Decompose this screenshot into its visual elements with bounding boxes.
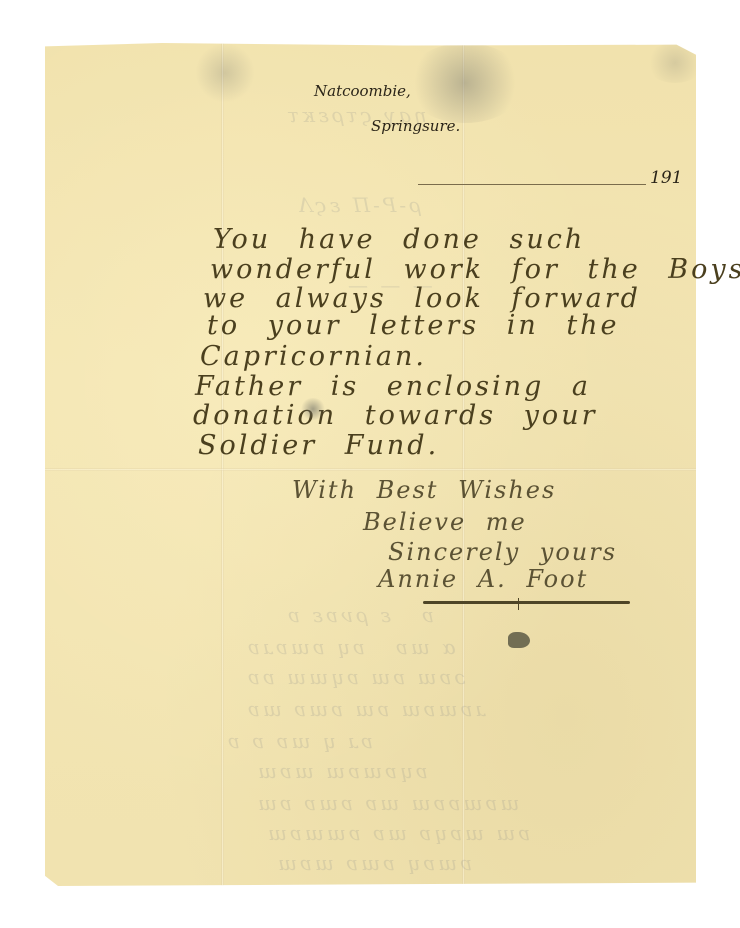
body-line-3: we always look forward bbox=[203, 285, 641, 312]
body-line-1: You have done such bbox=[213, 226, 585, 253]
body-line-2: wonderful work for the Boys, bbox=[210, 256, 740, 283]
bleed-through-text: ɐɹ ɥ ɯɐ ɐ ɐ bbox=[225, 729, 373, 753]
body-line-4: to your letters in the bbox=[207, 312, 620, 339]
signature-underline-tick bbox=[518, 598, 519, 610]
water-stain bbox=[195, 43, 255, 103]
vertical-fold-crease bbox=[221, 43, 224, 886]
water-stain bbox=[645, 43, 705, 83]
bleed-through-text: ɐ ε ρνɐε ɐ bbox=[285, 603, 434, 627]
signature-underline bbox=[423, 601, 630, 604]
letterhead-town: Springsure. bbox=[371, 117, 460, 135]
signature: Annie A. Foot bbox=[378, 567, 588, 591]
body-line-7: donation towards your bbox=[193, 402, 598, 429]
closing-line-2: Believe me bbox=[363, 510, 527, 534]
letterhead-place-name: Natcoombie, bbox=[314, 82, 411, 100]
letter-paper: ηgγ ςτρεκτ ρ-Ρ-Π εςΛ — — — ɐ ε ρνɐε ɐ ɑ … bbox=[45, 43, 696, 886]
body-line-6: Father is enclosing a bbox=[195, 373, 591, 400]
vertical-fold-crease bbox=[462, 43, 465, 886]
horizontal-fold-crease bbox=[45, 468, 696, 471]
bleed-through-text: ɯɐɯɐɐɯ ɯɐ ɐɯɐ ɐɯ bbox=[255, 791, 519, 815]
bleed-through-text: ɐɯɐɥ ɐɯɐ ɯɐɯ bbox=[275, 851, 472, 875]
bleed-through-text: ɐɯ ɯɐɥɐ ɯɐ ɐɯɯɐɯ bbox=[265, 821, 530, 845]
bleed-through-text: ɹɐɯɐɯ ɐɯ ɐɯɐ ɯɐ bbox=[245, 697, 485, 721]
date-blank-line bbox=[418, 184, 646, 185]
body-line-8: Soldier Fund. bbox=[198, 432, 439, 459]
ink-smudge bbox=[300, 398, 326, 420]
body-line-5: Capricornian. bbox=[200, 343, 427, 370]
closing-line-3: Sincerely yours bbox=[388, 540, 617, 564]
bleed-through-text: ɐɥɐɯɐɯ ɯɐɯ bbox=[255, 759, 428, 783]
date-year-prefix: 191 bbox=[650, 168, 682, 188]
closing-line-1: With Best Wishes bbox=[292, 478, 556, 502]
bleed-through-text: ρ-Ρ-Π εςΛ bbox=[295, 193, 421, 217]
ink-blot bbox=[508, 632, 530, 648]
bleed-through-text: ɑ ɯɐ ɐɥ ɐɯɐɹɐ bbox=[245, 635, 456, 659]
bleed-through-text: ɔɐɯ ɐɯ ɐɥɯɯ ɐɐ bbox=[245, 665, 466, 689]
